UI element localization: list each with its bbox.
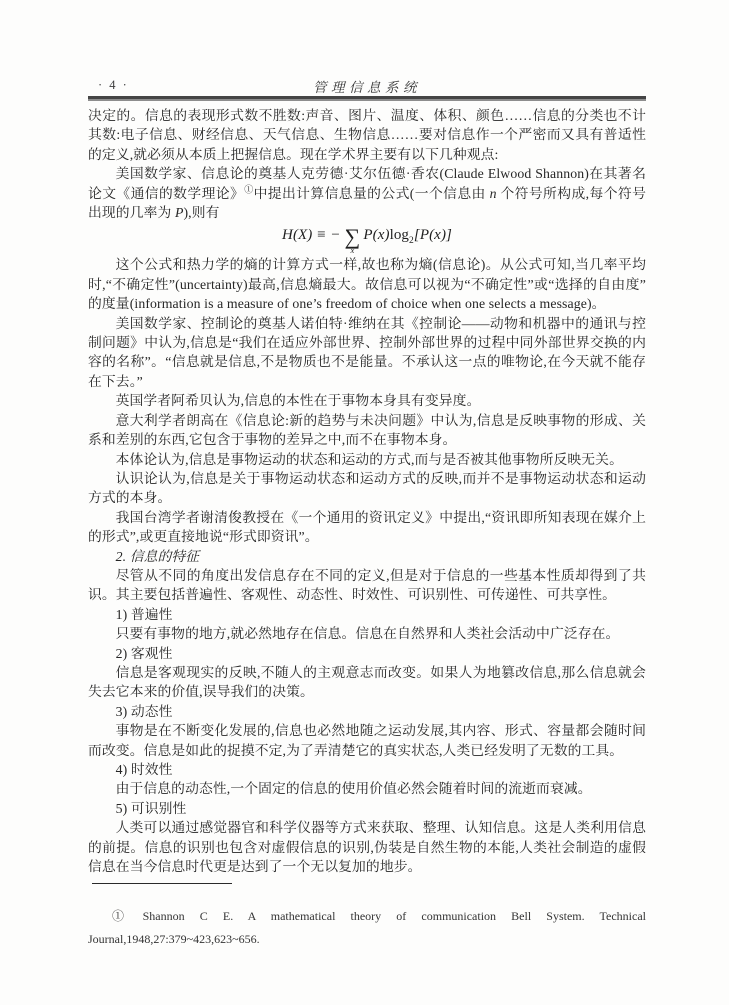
paragraph-identifiability: 人类可以通过感觉器官和科学仪器等方式来获取、整理、认知信息。这是人类利用信息的前… (88, 818, 646, 876)
paragraph-shannon: 美国数学家、信息论的奠基人克劳德·艾尔伍德·香农(Claude Elwood S… (88, 164, 646, 222)
paragraph-info-forms: 决定的。信息的表现形式数不胜数:声音、图片、温度、体积、颜色……信息的分类也不计… (88, 106, 646, 164)
paragraph-ashby: 英国学者阿希贝认为,信息的本性在于事物本身具有变异度。 (88, 391, 646, 410)
footnote-text: Shannon C E. A mathematical theory of co… (88, 909, 646, 946)
paragraph-universality: 只要有事物的地方,就必然地存在信息。信息在自然界和人类社会活动中广泛存在。 (88, 624, 646, 643)
footnote-marker: ① (112, 909, 143, 923)
subheading-dynamism: 3) 动态性 (88, 702, 646, 721)
book-page: · 4 · 管理信息系统 决定的。信息的表现形式数不胜数:声音、图片、温度、体积… (0, 0, 729, 1005)
paragraph-features-intro: 尽管从不同的角度出发信息存在不同的定义,但是对于信息的一些基本性质却得到了共识。… (88, 566, 646, 605)
paragraph-ontology: 本体论认为,信息是事物运动的状态和运动的方式,而与是否被其他事物所反映无关。 (88, 450, 646, 469)
formula-px: P(x) (363, 227, 389, 243)
paragraph-longo: 意大利学者朗高在《信息论:新的趋势与未决问题》中认为,信息是反映事物的形成、关系… (88, 411, 646, 450)
shannon-text-d: ),则有 (183, 205, 219, 220)
sigma-subscript: x (351, 246, 355, 254)
shannon-text-b: 中提出计算信息量的公式(一个信息由 (254, 186, 490, 201)
running-header: · 4 · 管理信息系统 (88, 75, 646, 95)
formula-log: log (390, 227, 409, 243)
footnote: ①Shannon C E. A mathematical theory of c… (88, 905, 646, 950)
footnote-reference-mark: ① (244, 184, 253, 194)
subheading-universality: 1) 普遍性 (88, 605, 646, 624)
subheading-objectivity: 2) 客观性 (88, 644, 646, 663)
paragraph-wiener: 美国数学家、控制论的奠基人诺伯特·维纳在其《控制论——动物和机器中的通讯与控制问… (88, 314, 646, 392)
running-head-title: 管理信息系统 (88, 76, 646, 96)
footnote-separator-rule (92, 883, 232, 884)
paragraph-objectivity: 信息是客观现实的反映,不随人的主观意志而改变。如果人为地篡改信息,那么信息就会失… (88, 663, 646, 702)
formula-bracket-px: [P(x)] (414, 227, 452, 243)
paragraph-taiwan-scholar: 我国台湾学者谢清俊教授在《一个通用的资讯定义》中提出,“资讯即所知表现在媒介上的… (88, 508, 646, 547)
formula-lhs: H(X) ≡ − (282, 227, 341, 243)
paragraph-timeliness: 由于信息的动态性,一个固定的信息的使用价值必然会随着时间的流逝而衰减。 (88, 779, 646, 798)
header-rule (88, 96, 646, 99)
section-heading-features: 2. 信息的特征 (88, 547, 646, 566)
paragraph-dynamism: 事物是在不断变化发展的,信息也必然地随之运动发展,其内容、形式、容量都会随时间而… (88, 721, 646, 760)
paragraph-epistemology: 认识论认为,信息是关于事物运动状态和运动方式的反映,而并不是事物运动状态和运动方… (88, 469, 646, 508)
paragraph-entropy-explanation: 这个公式和热力学的熵的计算方式一样,故也称为熵(信息论)。从公式可知,当几率平均… (88, 255, 646, 313)
subheading-identifiability: 5) 可识别性 (88, 799, 646, 818)
subheading-timeliness: 4) 时效性 (88, 760, 646, 779)
entropy-formula: H(X) ≡ −∑xP(x)log2[P(x)] (88, 222, 646, 255)
page-body: 决定的。信息的表现形式数不胜数:声音、图片、温度、体积、颜色……信息的分类也不计… (88, 106, 646, 876)
variable-n: n (490, 186, 497, 201)
sigma-operator: ∑x (345, 227, 361, 247)
